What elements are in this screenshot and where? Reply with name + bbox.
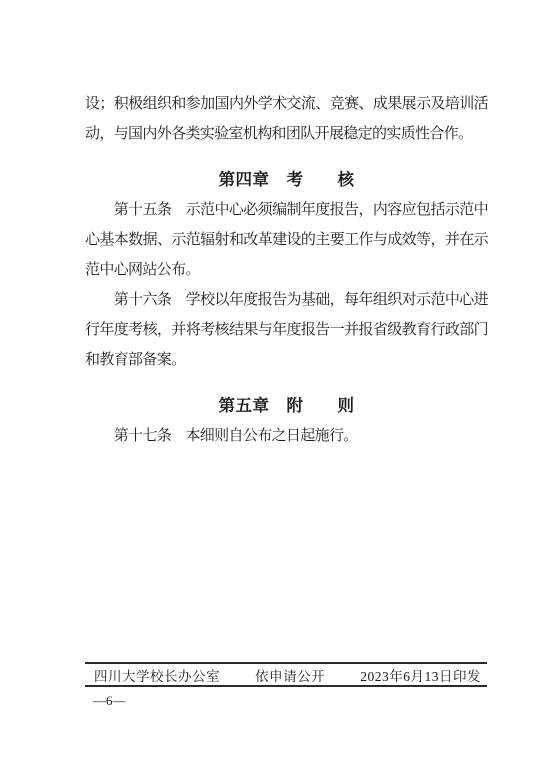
footer-issuing-office: 四川大学校长办公室 bbox=[94, 665, 220, 685]
document-footer-block: 四川大学校长办公室 依申请公开 2023年6月13日印发 bbox=[85, 662, 487, 687]
article-17-paragraph: 第十七条 本细则自公布之日起施行。 bbox=[85, 421, 488, 451]
document-body: 设；积极组织和参加国内外学术交流、竞赛、成果展示及培训活动，与国内外各类实验室机… bbox=[85, 89, 488, 451]
chapter-4-heading: 第四章 考 核 bbox=[85, 165, 488, 195]
article-16-paragraph: 第十六条 学校以年度报告为基础，每年组织对示范中心进行年度考核，并将考核结果与年… bbox=[85, 285, 488, 375]
body-paragraph-continuation: 设；积极组织和参加国内外学术交流、竞赛、成果展示及培训活动，与国内外各类实验室机… bbox=[85, 89, 488, 149]
document-page: 设；积极组织和参加国内外学术交流、竞赛、成果展示及培训活动，与国内外各类实验室机… bbox=[0, 0, 550, 775]
page-number: —6— bbox=[93, 693, 126, 709]
footer-disclosure-label: 依申请公开 bbox=[255, 665, 325, 685]
chapter-5-heading: 第五章 附 则 bbox=[85, 391, 488, 421]
footer-print-date: 2023年6月13日印发 bbox=[360, 665, 481, 685]
article-15-paragraph: 第十五条 示范中心必须编制年度报告，内容应包括示范中心基本数据、示范辐射和改革建… bbox=[85, 195, 488, 285]
